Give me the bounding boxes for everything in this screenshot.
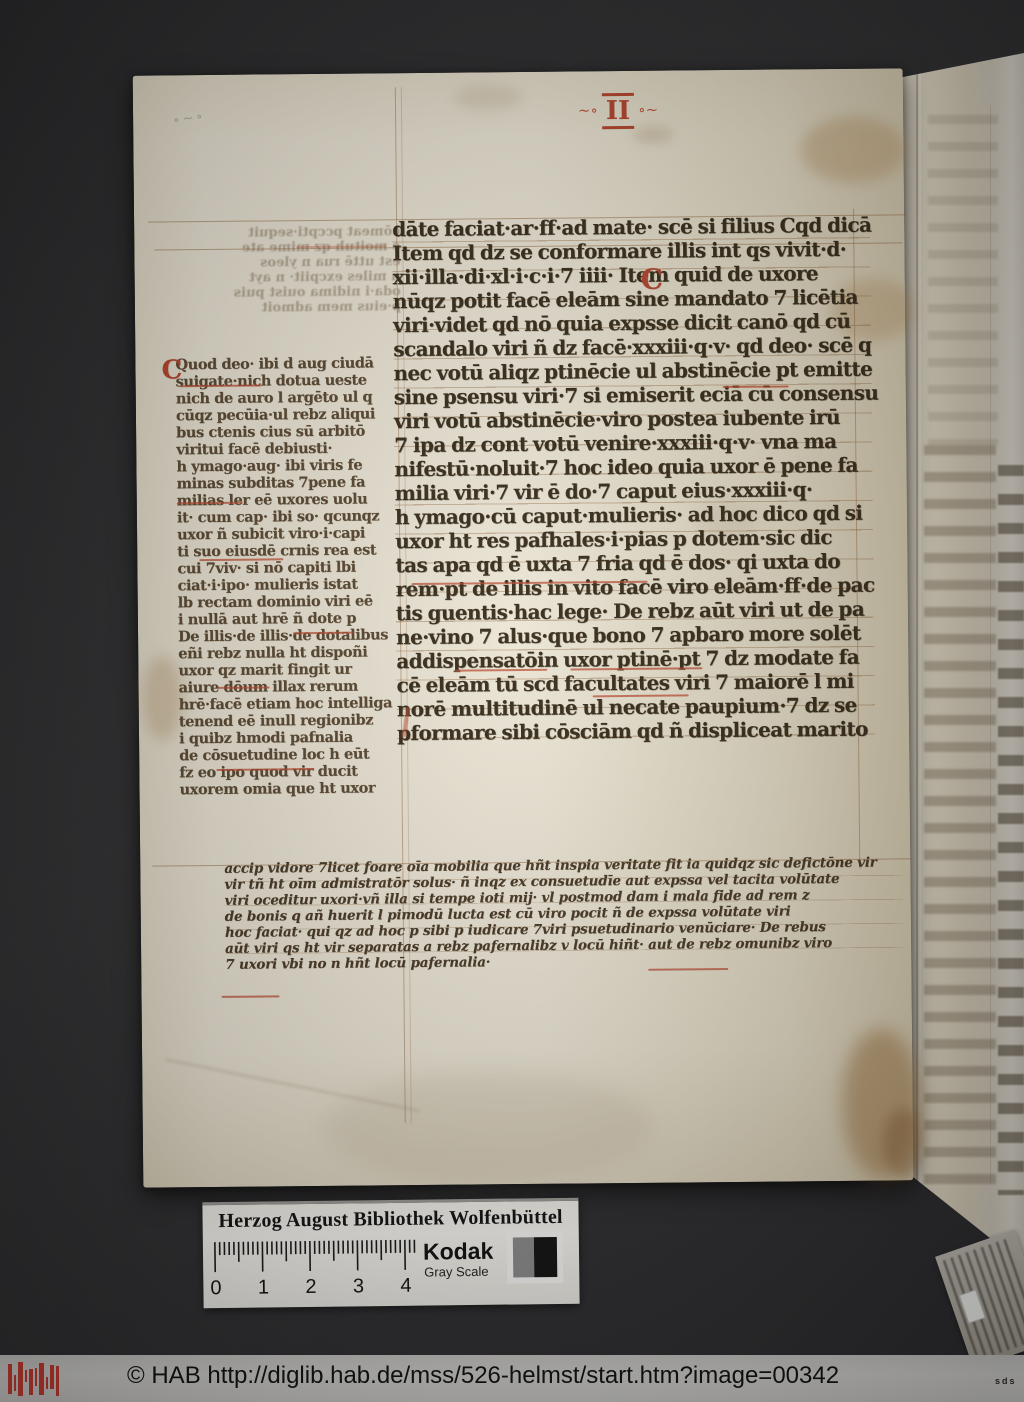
spine-label-text-texture [943, 1237, 1024, 1361]
text-line: tenend eē inull regionibz [179, 711, 405, 730]
folio-number-heading: ∼∘II∘∼ [533, 92, 703, 130]
bottom-text-block: accip vidore 7licet foare oīa mobilia qu… [224, 854, 903, 973]
digitized-manuscript-photo: ∼∘II∘∼ ∘∼∘ cōmeat pccpti·sequite moituh … [0, 0, 1024, 1402]
plexiglass-edge-shadow [916, 45, 918, 1277]
text-line: De illis·de illis·de dotalibus [178, 626, 404, 645]
plexiglass-edge [919, 45, 921, 1277]
hab-barcode-icon [8, 1360, 59, 1398]
text-line: h ymago·aug· ibi viris fe [176, 456, 402, 475]
text-line: fz eo ipo quod vir ducit [179, 762, 405, 781]
text-line: nich de auro l argēto ul q [176, 388, 402, 407]
gray-scale-label: Gray Scale [424, 1264, 488, 1280]
library-name-label: Herzog August Bibliothek Wolfenbüttel [202, 1206, 578, 1234]
stain [322, 1071, 653, 1184]
text-line: eñi rebz nulla ht dispoñi [178, 643, 404, 662]
text-line: uxorem omia que ht uxor [179, 779, 405, 798]
text-line: cūqz pecūia·ul rebz aliqui [176, 405, 402, 424]
text-line: aiure dōum illax rerum [178, 677, 404, 696]
gloss-column-text: Quod deo· ibi d aug ciudāsuigate·nich do… [175, 354, 405, 798]
library-spine-label [935, 1230, 1024, 1369]
ruler-number: 3 [353, 1275, 364, 1298]
manuscript-page: ∼∘II∘∼ ∘∼∘ cōmeat pccpti·sequite moituh … [133, 68, 914, 1187]
main-text-column: dāte faciat·ar·ff·ad mate· scē si filius… [392, 213, 875, 746]
stain [842, 1028, 921, 1179]
bleed-text-stripes-upper [928, 115, 998, 445]
text-line: milias ler eē uxores uolu [177, 490, 403, 509]
text-line: cui 7viv· si nō capiti lbi [177, 558, 403, 577]
gray-patch [513, 1237, 534, 1277]
text-line: i nullā aut hrē ñ dote p [178, 609, 404, 628]
ruling-line-foreedge [990, 105, 991, 1185]
text-line: viritui facē debiusti· [176, 439, 402, 458]
text-line: ciat·i·ipo· mulieris istat [177, 575, 403, 594]
red-flourish-left: ∼∘ [574, 101, 602, 119]
text-line: i quibz hmodi pafnalia [179, 728, 405, 747]
ruler-numbers: 01234 [211, 1275, 431, 1304]
text-line: bus ctenis cius sū arbitō [176, 422, 402, 441]
ruler-number: 2 [305, 1276, 316, 1299]
ruler-number: 1 [258, 1276, 269, 1299]
crease-line [165, 1058, 420, 1112]
red-initial-left: C [161, 355, 182, 385]
text-line: Quod deo· ibi d aug ciudā [175, 354, 401, 373]
stain [453, 84, 523, 111]
ruler-ticks [211, 1238, 425, 1277]
red-underline [648, 968, 728, 971]
text-line: uxor ñ subicit viro·i·capi [177, 524, 403, 543]
red-flourish-right: ∘∼ [634, 101, 662, 119]
bleedthrough-text: cōmeat pccpti·sequite moituh qz mime ate… [198, 224, 401, 316]
text-line: pformare sibi cōsciām qd ñ displiceat ma… [397, 717, 875, 746]
edge-text-column [998, 465, 1024, 1195]
red-underline [222, 995, 280, 998]
text-line: hrē·facē etiam hoc intelliga [179, 694, 405, 713]
ruler-number: 0 [210, 1277, 221, 1300]
copyright-text: © HAB http://diglib.hab.de/mss/526-helms… [127, 1362, 839, 1390]
text-line: minas subditas 7pene fa [177, 473, 403, 492]
pencil-inscription: ∘∼∘ [172, 109, 207, 129]
text-line: uxor qz marit fingit ur [178, 660, 404, 679]
fore-edge-pages [898, 45, 1024, 1277]
ruler-number: 4 [400, 1275, 411, 1298]
text-line: suigate·nich dotua ueste [176, 371, 402, 390]
folio-number: II [602, 93, 635, 129]
text-line: lb rectam dominio viri eē [178, 592, 404, 611]
bleed-text-stripes-main [924, 445, 996, 1185]
text-line: de cōsuetudine loc h eūt [179, 745, 405, 764]
black-patch [534, 1237, 557, 1277]
red-initial-right: C [641, 263, 664, 296]
stain [142, 655, 183, 740]
footer-corner-text: sds [995, 1376, 1017, 1386]
text-line: it· cum cap· ibi so· qcunqz [177, 507, 403, 526]
text-line: ti suo eiusdē crnis rea est [177, 541, 403, 560]
stain [801, 116, 906, 183]
kodak-scale-label: Herzog August Bibliothek Wolfenbüttel 01… [202, 1198, 579, 1309]
text-line: p·eius mem admoit [199, 299, 401, 316]
gray-scale-patch [507, 1231, 564, 1284]
kodak-brand-label: Kodak [423, 1238, 494, 1266]
